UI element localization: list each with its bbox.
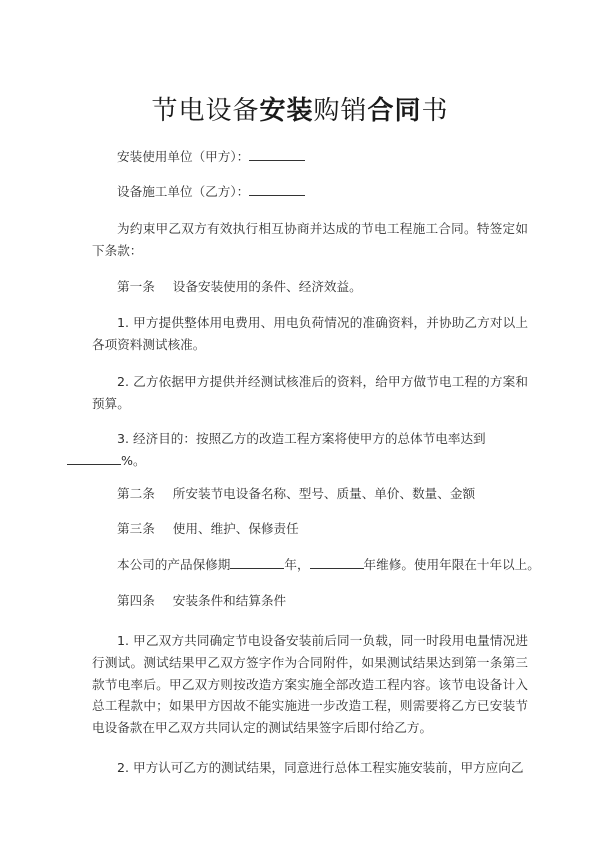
article2-heading: 第二条所安装节电设备名称、型号、质量、单价、数量、金额 bbox=[92, 483, 550, 505]
article4-item2: 2. 甲方认可乙方的测试结果，同意进行总体工程实施安装前，甲方应向乙 bbox=[92, 757, 550, 779]
article-number: 第三条 bbox=[117, 521, 155, 536]
document-page: 节电设备安装购销合同书 安装使用单位（甲方）： 设备施工单位（乙方）： 为约束甲… bbox=[0, 0, 600, 849]
article3-heading: 第三条使用、维护、保修责任 bbox=[92, 518, 550, 540]
warranty-mid: 年， bbox=[284, 557, 309, 572]
party-a-label: 安装使用单位（甲方）： bbox=[117, 149, 249, 164]
warranty-prefix: 本公司的产品保修期 bbox=[117, 557, 230, 572]
article1-heading: 第一条设备安装使用的条件、经济效益。 bbox=[92, 276, 550, 298]
title-part: 节电设备 bbox=[151, 96, 259, 126]
article-title: 使用、维护、保修责任 bbox=[173, 521, 299, 536]
warranty-line: 本公司的产品保修期年，年维修。使用年限在十年以上。 bbox=[92, 554, 550, 576]
warranty-suffix: 年维修。使用年限在十年以上。 bbox=[364, 557, 540, 572]
title-part: 合同 bbox=[368, 96, 422, 126]
intro-paragraph: 为约束甲乙双方有效执行相互协商并达成的节电工程施工合同。特签定如下条款： bbox=[92, 218, 528, 262]
article-title: 所安装节电设备名称、型号、质量、单价、数量、金额 bbox=[173, 486, 475, 501]
article4-heading: 第四条安装条件和结算条件 bbox=[92, 590, 550, 612]
warranty-years-blank[interactable] bbox=[230, 556, 284, 569]
saving-rate-blank[interactable] bbox=[67, 452, 121, 465]
article1-item3: 3. 经济目的：按照乙方的改造工程方案将使甲方的总体节电率达到%。 bbox=[92, 428, 528, 472]
article-title: 安装条件和结算条件 bbox=[173, 593, 286, 608]
title-part: 购销 bbox=[313, 96, 367, 126]
article-number: 第四条 bbox=[117, 593, 155, 608]
title-part: 书 bbox=[422, 96, 449, 126]
item3-text: 3. 经济目的：按照乙方的改造工程方案将使甲方的总体节电率达到 bbox=[117, 431, 486, 446]
party-a-line: 安装使用单位（甲方）： bbox=[92, 146, 550, 168]
document-title: 节电设备安装购销合同书 bbox=[0, 90, 600, 127]
article-number: 第一条 bbox=[117, 279, 155, 294]
percent-sign: %。 bbox=[121, 453, 146, 468]
article-title: 设备安装使用的条件、经济效益。 bbox=[173, 279, 362, 294]
maintenance-years-blank[interactable] bbox=[310, 556, 364, 569]
article1-item2: 2. 乙方依据甲方提供并经测试核准后的资料，给甲方做节电工程的方案和预算。 bbox=[92, 371, 528, 415]
title-part: 安装 bbox=[259, 96, 313, 126]
party-b-blank[interactable] bbox=[249, 183, 305, 196]
party-b-line: 设备施工单位（乙方）： bbox=[92, 181, 550, 203]
party-a-blank[interactable] bbox=[249, 148, 305, 161]
article1-item1: 1. 甲方提供整体用电费用、用电负荷情况的准确资料，并协助乙方对以上各项资料测试… bbox=[92, 312, 528, 356]
party-b-label: 设备施工单位（乙方）： bbox=[117, 184, 249, 199]
article-number: 第二条 bbox=[117, 486, 155, 501]
article4-item1: 1. 甲乙双方共同确定节电设备安装前后同一负载，同一时段用电量情况进行测试。测试… bbox=[92, 630, 528, 739]
